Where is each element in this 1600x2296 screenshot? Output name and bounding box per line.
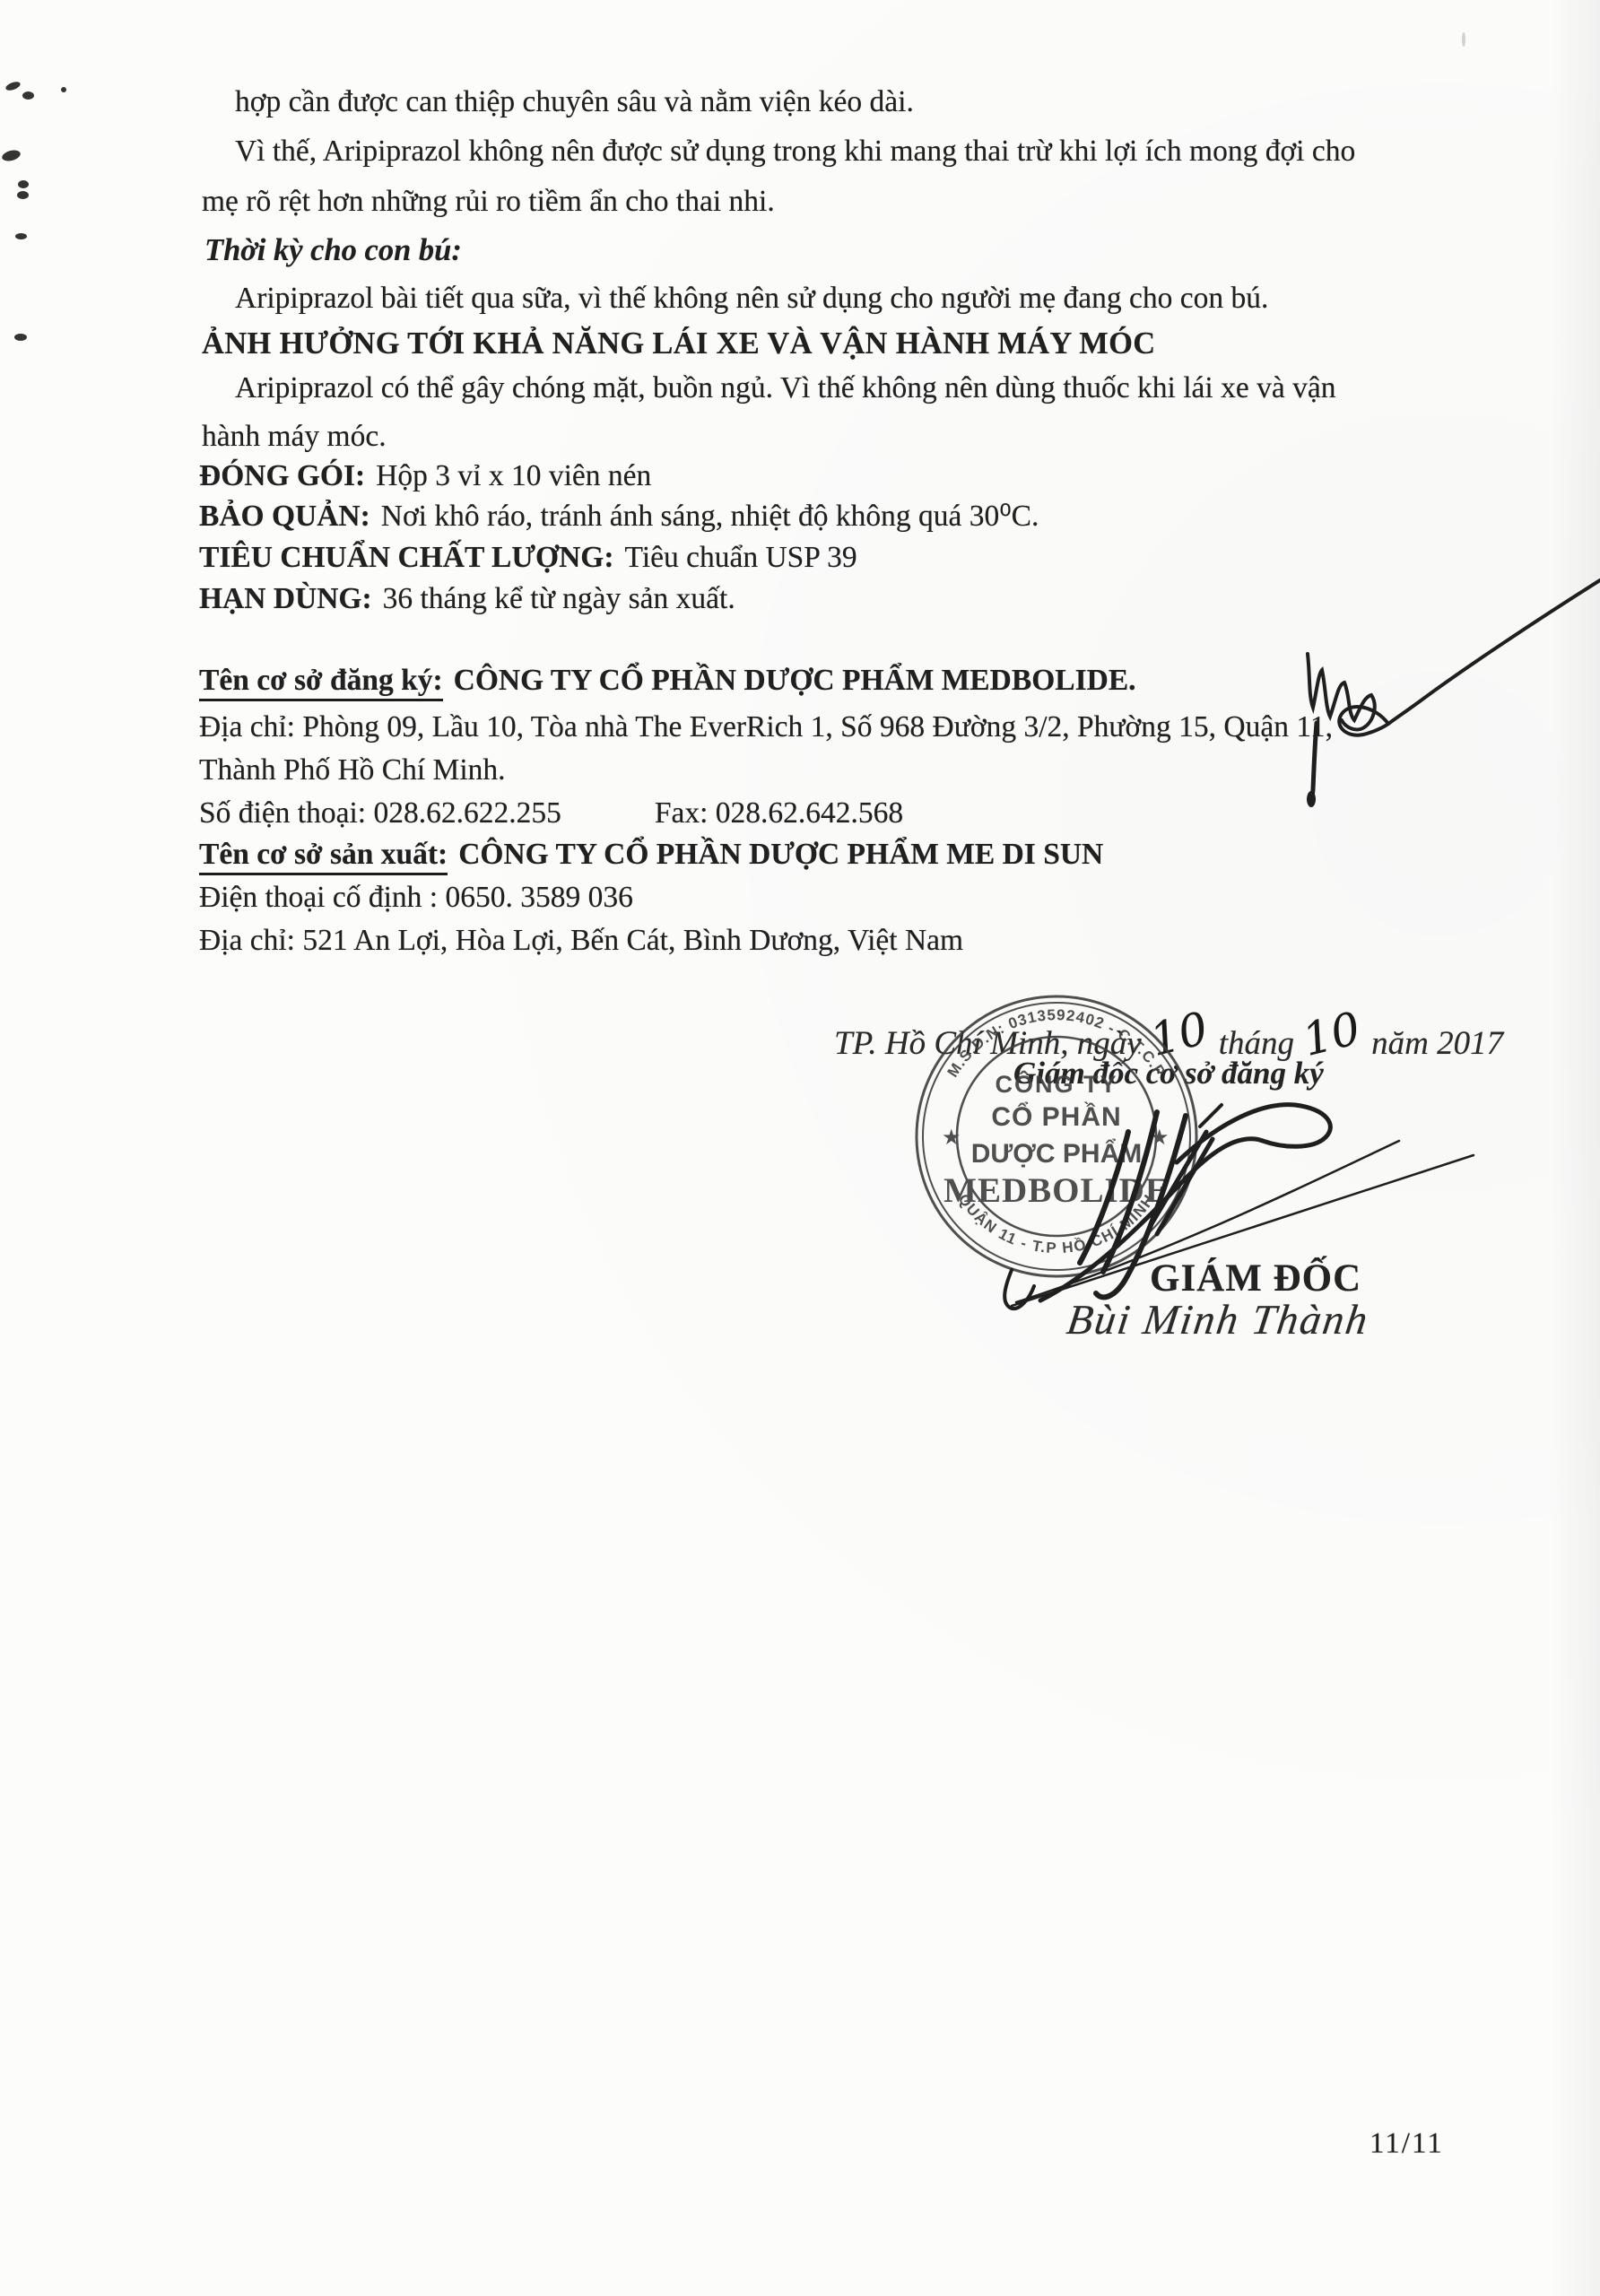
field-storage-label: BẢO QUẢN: — [199, 500, 370, 533]
field-quality-label: TIÊU CHUẨN CHẤT LƯỢNG: — [199, 541, 614, 574]
signature-stroke — [1150, 1132, 1206, 1227]
field-storage-value: Nơi khô ráo, tránh ánh sáng, nhiệt độ kh… — [381, 500, 1039, 533]
field-shelf-life-value: 36 tháng kể từ ngày sản xuất. — [383, 582, 735, 615]
para-driving-2: hành máy móc. — [202, 419, 387, 455]
registrant-line: Tên cơ sở đăng ký:CÔNG TY CỔ PHẦN DƯỢC P… — [199, 663, 1136, 699]
manufacturer-line: Tên cơ sở sản xuất:CÔNG TY CỔ PHẦN DƯỢC … — [199, 837, 1103, 873]
field-shelf-life-label: HẠN DÙNG: — [199, 582, 372, 615]
para-continuation: hợp cần được can thiệp chuyên sâu và nằm… — [235, 84, 914, 120]
signature-stroke — [1388, 580, 1600, 724]
scan-speck — [1462, 32, 1465, 47]
registrant-phone-fax: Số điện thoại: 028.62.622.255Fax: 028.62… — [199, 796, 903, 831]
para-driving-1: Aripiprazol có thể gây chóng mặt, buồn n… — [235, 370, 1335, 406]
field-quality: TIÊU CHUẨN CHẤT LƯỢNG:Tiêu chuẩn USP 39 — [199, 540, 857, 576]
field-packaging-value: Hộp 3 vỉ x 10 viên nén — [376, 459, 651, 492]
para-pregnancy-1: Vì thế, Aripiprazol không nên được sử dụ… — [235, 134, 1355, 170]
signature-stroke — [1103, 1112, 1157, 1272]
stamp-line-duoc-pham: DƯỢC PHẨM — [971, 1138, 1142, 1169]
registrant-address-2: Thành Phố Hồ Chí Minh. — [199, 752, 506, 788]
stamp-line-medbolide: MEDBOLIDE — [943, 1171, 1170, 1210]
registrant-phone: Số điện thoại: 028.62.622.255 — [199, 796, 561, 830]
scan-speck — [61, 87, 66, 92]
scan-speck — [14, 334, 27, 341]
manufacturer-address: Địa chỉ: 521 An Lợi, Hòa Lợi, Bến Cát, B… — [199, 923, 963, 959]
field-storage: BẢO QUẢN:Nơi khô ráo, tránh ánh sáng, nh… — [199, 499, 1039, 535]
signature-stroke — [1004, 1270, 1034, 1309]
scan-speck — [1, 148, 22, 162]
signature-stroke — [1339, 707, 1388, 735]
scan-speck — [15, 233, 27, 239]
manufacturer-name: CÔNG TY CỔ PHẦN DƯỢC PHẨM ME DI SUN — [458, 838, 1103, 871]
registrant-address-1: Địa chỉ: Phòng 09, Lầu 10, Tòa nhà The E… — [199, 709, 1333, 745]
page-number: 11/11 — [1370, 2126, 1444, 2162]
manufacturer-phone: Điện thoại cố định : 0650. 3589 036 — [199, 880, 633, 916]
signatory-title: Giám đốc cơ sở đăng ký — [1013, 1055, 1324, 1092]
scan-speck — [18, 180, 29, 188]
registrant-label: Tên cơ sở đăng ký: — [199, 664, 443, 701]
svg-text:QUẬN 11 - T.P HỒ CHÍ MINH: QUẬN 11 - T.P HỒ CHÍ MINH — [955, 1191, 1159, 1257]
ink-dot — [1307, 791, 1316, 807]
registrant-fax: Fax: 028.62.642.568 — [655, 796, 903, 830]
scan-speck — [4, 80, 22, 91]
para-breastfeeding: Aripiprazol bài tiết qua sữa, vì thế khô… — [235, 281, 1268, 317]
stamp-star-left-icon: ★ — [942, 1126, 961, 1150]
field-packaging: ĐÓNG GÓI:Hộp 3 vỉ x 10 viên nén — [199, 458, 651, 494]
date-suffix: năm 2017 — [1371, 1025, 1503, 1062]
stamp-ring-bottom-text: QUẬN 11 - T.P HỒ CHÍ MINH — [955, 1191, 1159, 1257]
document-page: hợp cần được can thiệp chuyên sâu và nằm… — [0, 0, 1600, 2296]
heading-driving: ẢNH HƯỞNG TỚI KHẢ NĂNG LÁI XE VÀ VẬN HÀN… — [202, 326, 1155, 362]
para-pregnancy-2: mẹ rõ rệt hơn những rủi ro tiềm ẩn cho t… — [202, 184, 775, 220]
signer-name: Bùi Minh Thành — [1064, 1295, 1372, 1345]
signature-stroke — [1200, 1105, 1222, 1126]
scan-speck — [17, 191, 29, 199]
signature-stroke — [1080, 1132, 1128, 1263]
stamp-star-right-icon: ★ — [1150, 1126, 1170, 1150]
heading-breastfeeding: Thời kỳ cho con bú: — [204, 232, 462, 269]
scan-speck — [22, 91, 34, 100]
registrant-name: CÔNG TY CỔ PHẦN DƯỢC PHẨM MEDBOLIDE. — [454, 664, 1136, 697]
field-shelf-life: HẠN DÙNG:36 tháng kể từ ngày sản xuất. — [199, 581, 735, 617]
manufacturer-label: Tên cơ sở sản xuất: — [199, 838, 448, 875]
field-quality-value: Tiêu chuẩn USP 39 — [625, 541, 857, 574]
field-packaging-label: ĐÓNG GÓI: — [199, 459, 365, 492]
stamp-line-co-phan: CỔ PHẦN — [991, 1101, 1121, 1132]
signature-stroke — [1157, 1139, 1213, 1234]
